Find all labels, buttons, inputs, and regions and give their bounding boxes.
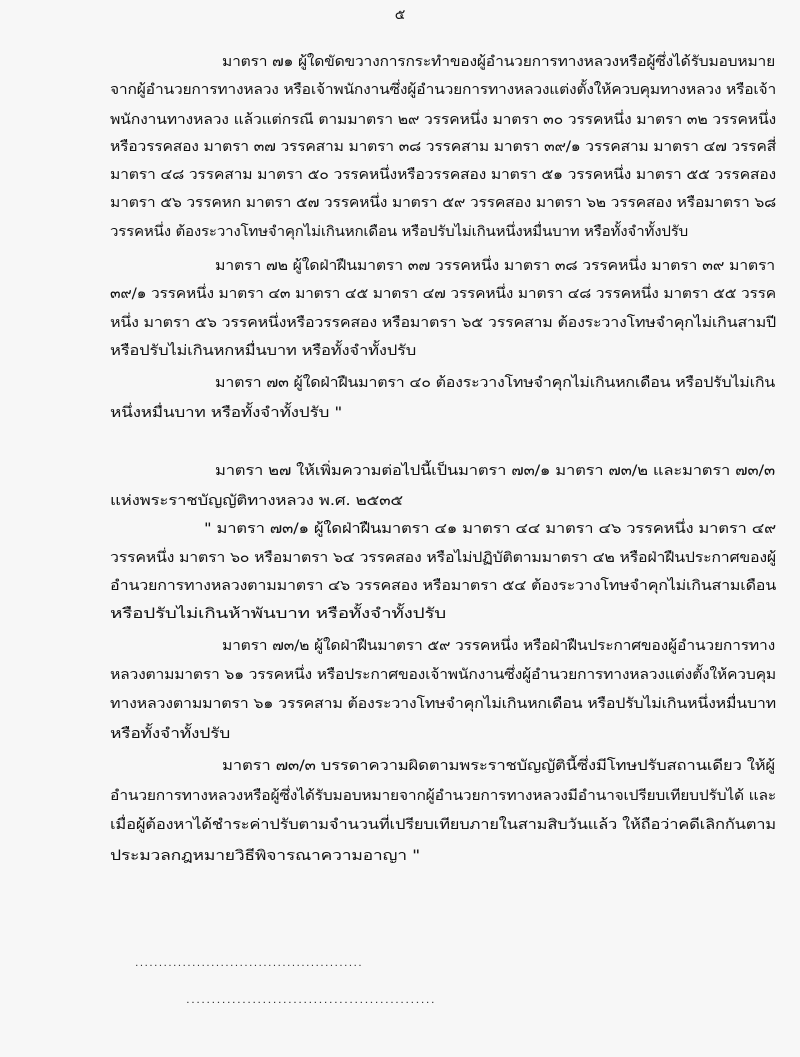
text-line: มาตรา ๗๓/๓ บรรดาความผิดตามพระราชบัญญัติน… — [222, 756, 775, 776]
text-line: หรือปรับไม่เกินหกหมื่นบาท หรือทั้งจำทั้ง… — [110, 341, 416, 361]
text-line: หนึ่งหมื่นบาท หรือทั้งจำทั้งปรับ " — [110, 403, 342, 423]
text-line: อำนวยการทางหลวงตามมาตรา ๔๖ วรรคสอง หรือม… — [110, 576, 776, 596]
text-line: มาตรา ๗๑ ผู้ใดขัดขวางการกระทำของผู้อำนวย… — [222, 52, 775, 72]
text-line: " มาตรา ๗๓/๑ ผู้ใดฝ่าฝืนมาตรา ๔๑ มาตรา ๔… — [204, 519, 776, 539]
text-line: วรรคหนึ่ง มาตรา ๖๐ หรือมาตรา ๖๔ วรรคสอง … — [110, 548, 776, 568]
page-number: ๕ — [0, 4, 800, 26]
text-line: พนักงานทางหลวง แล้วแต่กรณี ตามมาตรา ๒๙ ว… — [110, 110, 776, 130]
document-page: ๕ มาตรา ๗๑ ผู้ใดขัดขวางการกระทำของผู้อำน… — [0, 0, 800, 1057]
text-line: เมื่อผู้ต้องหาได้ชำระค่าปรับตามจำนวนที่เ… — [110, 815, 776, 835]
text-line: วรรคหนึ่ง ต้องระวางโทษจำคุกไม่เกินหกเดือ… — [110, 222, 688, 242]
text-line: มาตรา ๕๖ วรรคหก มาตรา ๕๗ วรรคหนึ่ง มาตรา… — [110, 193, 776, 213]
text-line: หลวงตามมาตรา ๖๑ วรรคหนึ่ง หรือประกาศของเ… — [110, 665, 776, 685]
text-line: มาตรา ๗๒ ผู้ใดฝ่าฝืนมาตรา ๓๗ วรรคหนึ่ง ม… — [215, 256, 775, 276]
text-line: ทางหลวงตามมาตรา ๖๑ วรรคสาม ต้องระวางโทษจ… — [110, 694, 776, 714]
signature-dotted-line: ........................................… — [135, 958, 363, 969]
text-line: มาตรา ๒๗ ให้เพิ่มความต่อไปนี้เป็นมาตรา ๗… — [215, 461, 775, 481]
text-line: ๓๙/๑ วรรคหนึ่ง มาตรา ๔๓ มาตรา ๔๕ มาตรา ๔… — [110, 284, 776, 304]
text-line: มาตรา ๔๘ วรรคสาม มาตรา ๕๐ วรรคหนึ่งหรือว… — [110, 165, 776, 185]
text-line: ประมวลกฎหมายวิธีพิจารณาความอาญา " — [110, 846, 420, 866]
text-line: อำนวยการทางหลวงหรือผู้ซึ่งได้รับมอบหมายจ… — [110, 786, 776, 806]
text-line: มาตรา ๗๓ ผู้ใดฝ่าฝืนมาตรา ๔๐ ต้องระวางโท… — [215, 373, 775, 393]
text-line: หนึ่ง มาตรา ๕๖ วรรคหนึ่งหรือวรรคสอง หรือ… — [110, 313, 776, 333]
text-line: แห่งพระราชบัญญัติทางหลวง พ.ศ. ๒๕๓๕ — [110, 491, 403, 511]
text-line: มาตรา ๗๓/๒ ผู้ใดฝ่าฝืนมาตรา ๕๙ วรรคหนึ่ง… — [222, 636, 775, 656]
text-line: หรือวรรคสอง มาตรา ๓๗ วรรคสาม มาตรา ๓๘ วร… — [110, 137, 776, 157]
text-line: หรือปรับไม่เกินห้าพันบาท หรือทั้งจำทั้งป… — [110, 604, 446, 624]
signature-dotted-line: ........................................… — [186, 995, 436, 1006]
text-line: จากผู้อำนวยการทางหลวง หรือเจ้าพนักงานซึ่… — [110, 80, 776, 100]
text-line: หรือทั้งจำทั้งปรับ — [110, 724, 230, 744]
